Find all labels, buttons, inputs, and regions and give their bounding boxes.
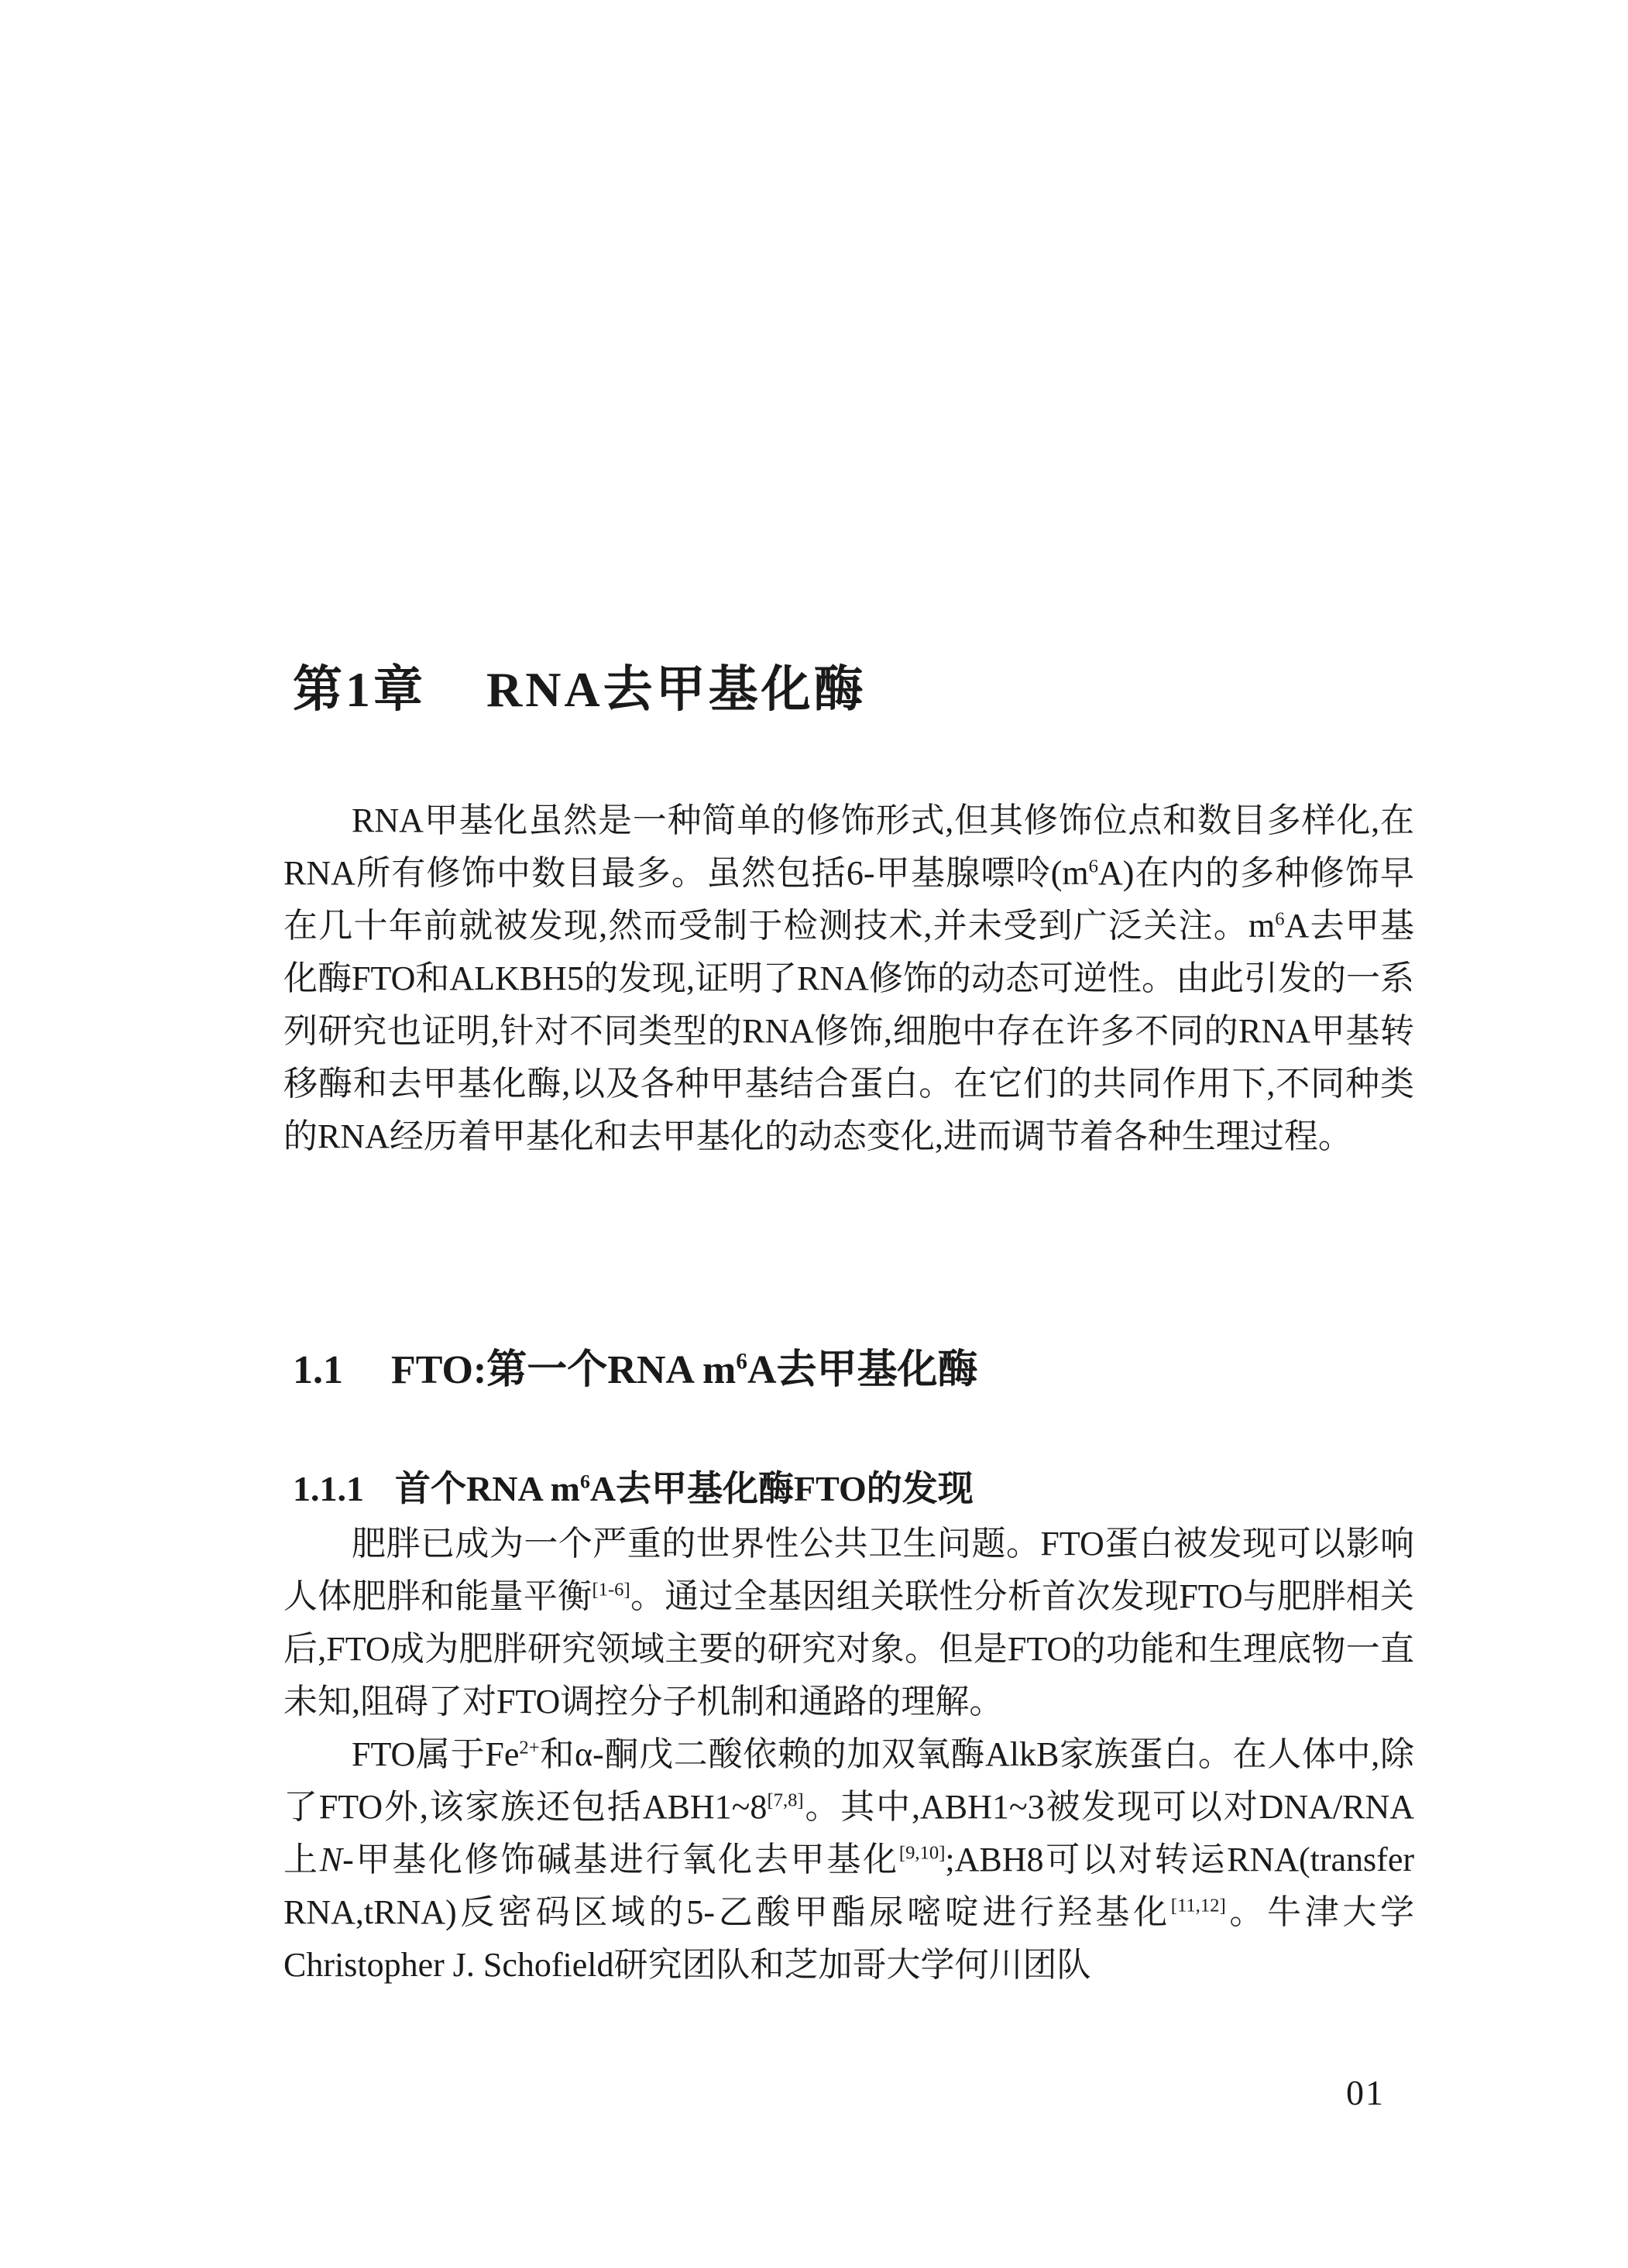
page-number: 01 bbox=[1346, 2072, 1385, 2113]
book-page: 第1章RNA去甲基化酶 RNA甲基化虽然是一种简单的修饰形式,但其修饰位点和数目… bbox=[0, 0, 1628, 2268]
paragraph-obesity: 肥胖已成为一个严重的世界性公共卫生问题。FTO蛋白被发现可以影响人体肥胖和能量平… bbox=[283, 1518, 1414, 1728]
chapter-title: RNA去甲基化酶 bbox=[486, 662, 867, 717]
section-title: FTO:第一个RNA m6A去甲基化酶 bbox=[391, 1348, 978, 1392]
section-heading-1-1: 1.1FTO:第一个RNA m6A去甲基化酶 bbox=[293, 1336, 978, 1395]
body-text: 肥胖已成为一个严重的世界性公共卫生问题。FTO蛋白被发现可以影响人体肥胖和能量平… bbox=[283, 1518, 1414, 1992]
paragraph-intro: RNA甲基化虽然是一种简单的修饰形式,但其修饰位点和数目多样化,在RNA所有修饰… bbox=[283, 794, 1414, 1163]
chapter-number: 第1章 bbox=[293, 662, 426, 717]
paragraph-fto-family: FTO属于Fe2+和α-酮戊二酸依赖的加双氧酶AlkB家族蛋白。在人体中,除了F… bbox=[283, 1728, 1414, 1992]
section-number: 1.1 bbox=[293, 1348, 343, 1392]
subsection-heading-1-1-1: 1.1.1首个RNA m6A去甲基化酶FTO的发现 bbox=[293, 1460, 974, 1511]
subsection-title: 首个RNA m6A去甲基化酶FTO的发现 bbox=[395, 1469, 974, 1508]
subsection-number: 1.1.1 bbox=[293, 1469, 364, 1508]
chapter-heading: 第1章RNA去甲基化酶 bbox=[293, 650, 867, 721]
